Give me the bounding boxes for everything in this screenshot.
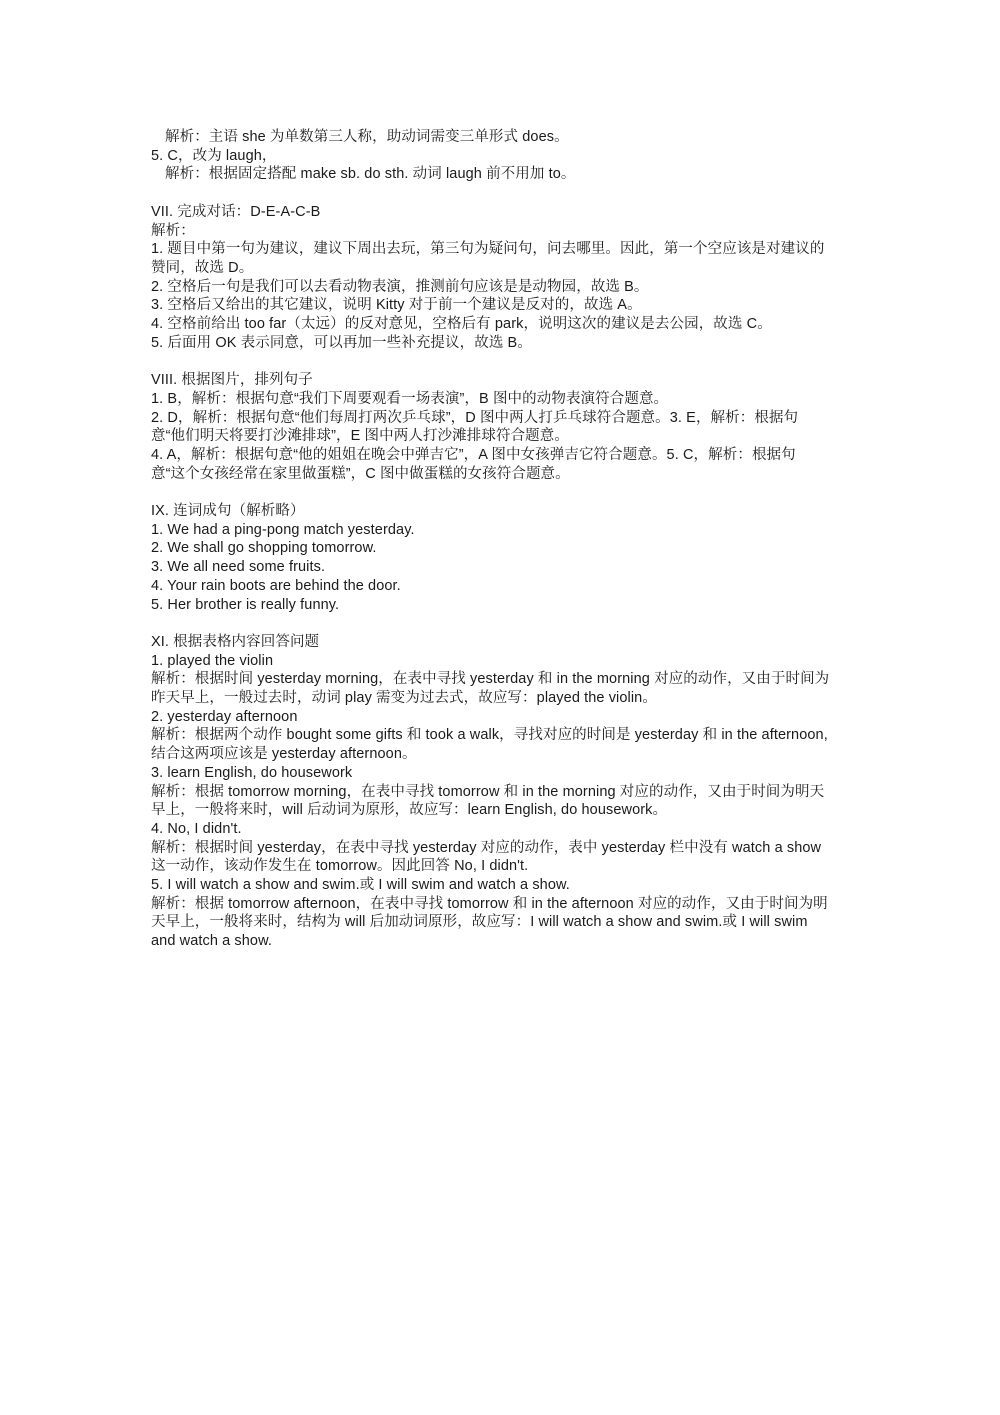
text-line: and watch a show. bbox=[151, 932, 861, 951]
text-line: 1. 题目中第一句为建议，建议下周出去玩，第三句为疑问句，问去哪里。因此，第一个… bbox=[151, 240, 861, 259]
text-line: 1. We had a ping-pong match yesterday. bbox=[151, 521, 861, 540]
text-line: 解析：根据时间 yesterday morning，在表中寻找 yesterda… bbox=[151, 670, 861, 689]
section-heading: IX. 连词成句（解析略） bbox=[151, 502, 861, 521]
text-line: 5. 后面用 OK 表示同意，可以再加一些补充提议，故选 B。 bbox=[151, 334, 861, 353]
text-line: 1. B，解析：根据句意“我们下周要观看一场表演”，B 图中的动物表演符合题意。 bbox=[151, 390, 861, 409]
text-line: 结合这两项应该是 yesterday afternoon。 bbox=[151, 745, 861, 764]
text-line: 解析：根据 tomorrow morning，在表中寻找 tomorrow 和 … bbox=[151, 783, 861, 802]
text-line: 意“这个女孩经常在家里做蛋糕”，C 图中做蛋糕的女孩符合题意。 bbox=[151, 465, 861, 484]
section-heading: VII. 完成对话：D-E-A-C-B bbox=[151, 203, 861, 222]
section-vii-complete-dialogue: VII. 完成对话：D-E-A-C-B解析：1. 题目中第一句为建议，建议下周出… bbox=[151, 203, 861, 353]
text-line: 昨天早上，一般过去时，动词 play 需变为过去式，故应写：played the… bbox=[151, 689, 861, 708]
text-line: 2. 空格后一句是我们可以去看动物表演，推测前句应该是是动物园，故选 B。 bbox=[151, 278, 861, 297]
text-line: 3. We all need some fruits. bbox=[151, 558, 861, 577]
section-viii-arrange-sentences-by-pictures: VIII. 根据图片，排列句子1. B，解析：根据句意“我们下周要观看一场表演”… bbox=[151, 371, 861, 483]
text-line: 早上，一般将来时，will 后动词为原形，故应写：learn English, … bbox=[151, 801, 861, 820]
text-line: 解析：根据固定搭配 make sb. do sth. 动词 laugh 前不用加… bbox=[151, 165, 861, 184]
text-line: 解析： bbox=[151, 222, 861, 241]
text-line: 2. yesterday afternoon bbox=[151, 708, 861, 727]
text-line: 1. played the violin bbox=[151, 652, 861, 671]
text-line: 4. A，解析：根据句意“他的姐姐在晚会中弹吉它”，A 图中女孩弹吉它符合题意。… bbox=[151, 446, 861, 465]
text-line: 解析：根据时间 yesterday，在表中寻找 yesterday 对应的动作，… bbox=[151, 839, 861, 858]
text-line: 解析：根据 tomorrow afternoon，在表中寻找 tomorrow … bbox=[151, 895, 861, 914]
text-line: 2. D，解析：根据句意“他们每周打两次乒乓球”，D 图中两人打乒乓球符合题意。… bbox=[151, 409, 861, 428]
section-heading: VIII. 根据图片，排列句子 bbox=[151, 371, 861, 390]
text-line: 5. Her brother is really funny. bbox=[151, 596, 861, 615]
text-line: 天早上，一般将来时，结构为 will 后加动词原形，故应写：I will wat… bbox=[151, 913, 861, 932]
document-page: 解析：主语 she 为单数第三人称，助动词需变三单形式 does。5. C，改为… bbox=[0, 0, 1000, 1415]
text-line: 4. 空格前给出 too far（太远）的反对意见，空格后有 park，说明这次… bbox=[151, 315, 861, 334]
section-vi-item5-continuation: 解析：主语 she 为单数第三人称，助动词需变三单形式 does。5. C，改为… bbox=[151, 128, 861, 184]
answer-key-content: 解析：主语 she 为单数第三人称，助动词需变三单形式 does。5. C，改为… bbox=[151, 128, 861, 970]
text-line: 2. We shall go shopping tomorrow. bbox=[151, 539, 861, 558]
section-xi-answer-by-table: XI. 根据表格内容回答问题1. played the violin解析：根据时… bbox=[151, 633, 861, 951]
section-heading: XI. 根据表格内容回答问题 bbox=[151, 633, 861, 652]
text-line: 5. C，改为 laugh， bbox=[151, 147, 861, 166]
text-line: 解析：主语 she 为单数第三人称，助动词需变三单形式 does。 bbox=[151, 128, 861, 147]
section-ix-make-sentences: IX. 连词成句（解析略）1. We had a ping-pong match… bbox=[151, 502, 861, 614]
text-line: 这一动作，该动作发生在 tomorrow。因此回答 No, I didn't. bbox=[151, 857, 861, 876]
text-line: 3. learn English, do housework bbox=[151, 764, 861, 783]
text-line: 5. I will watch a show and swim.或 I will… bbox=[151, 876, 861, 895]
text-line: 解析：根据两个动作 bought some gifts 和 took a wal… bbox=[151, 726, 861, 745]
text-line: 4. No, I didn't. bbox=[151, 820, 861, 839]
text-line: 意“他们明天将要打沙滩排球”，E 图中两人打沙滩排球符合题意。 bbox=[151, 427, 861, 446]
text-line: 赞同，故选 D。 bbox=[151, 259, 861, 278]
text-line: 4. Your rain boots are behind the door. bbox=[151, 577, 861, 596]
text-line: 3. 空格后又给出的其它建议，说明 Kitty 对于前一个建议是反对的，故选 A… bbox=[151, 296, 861, 315]
